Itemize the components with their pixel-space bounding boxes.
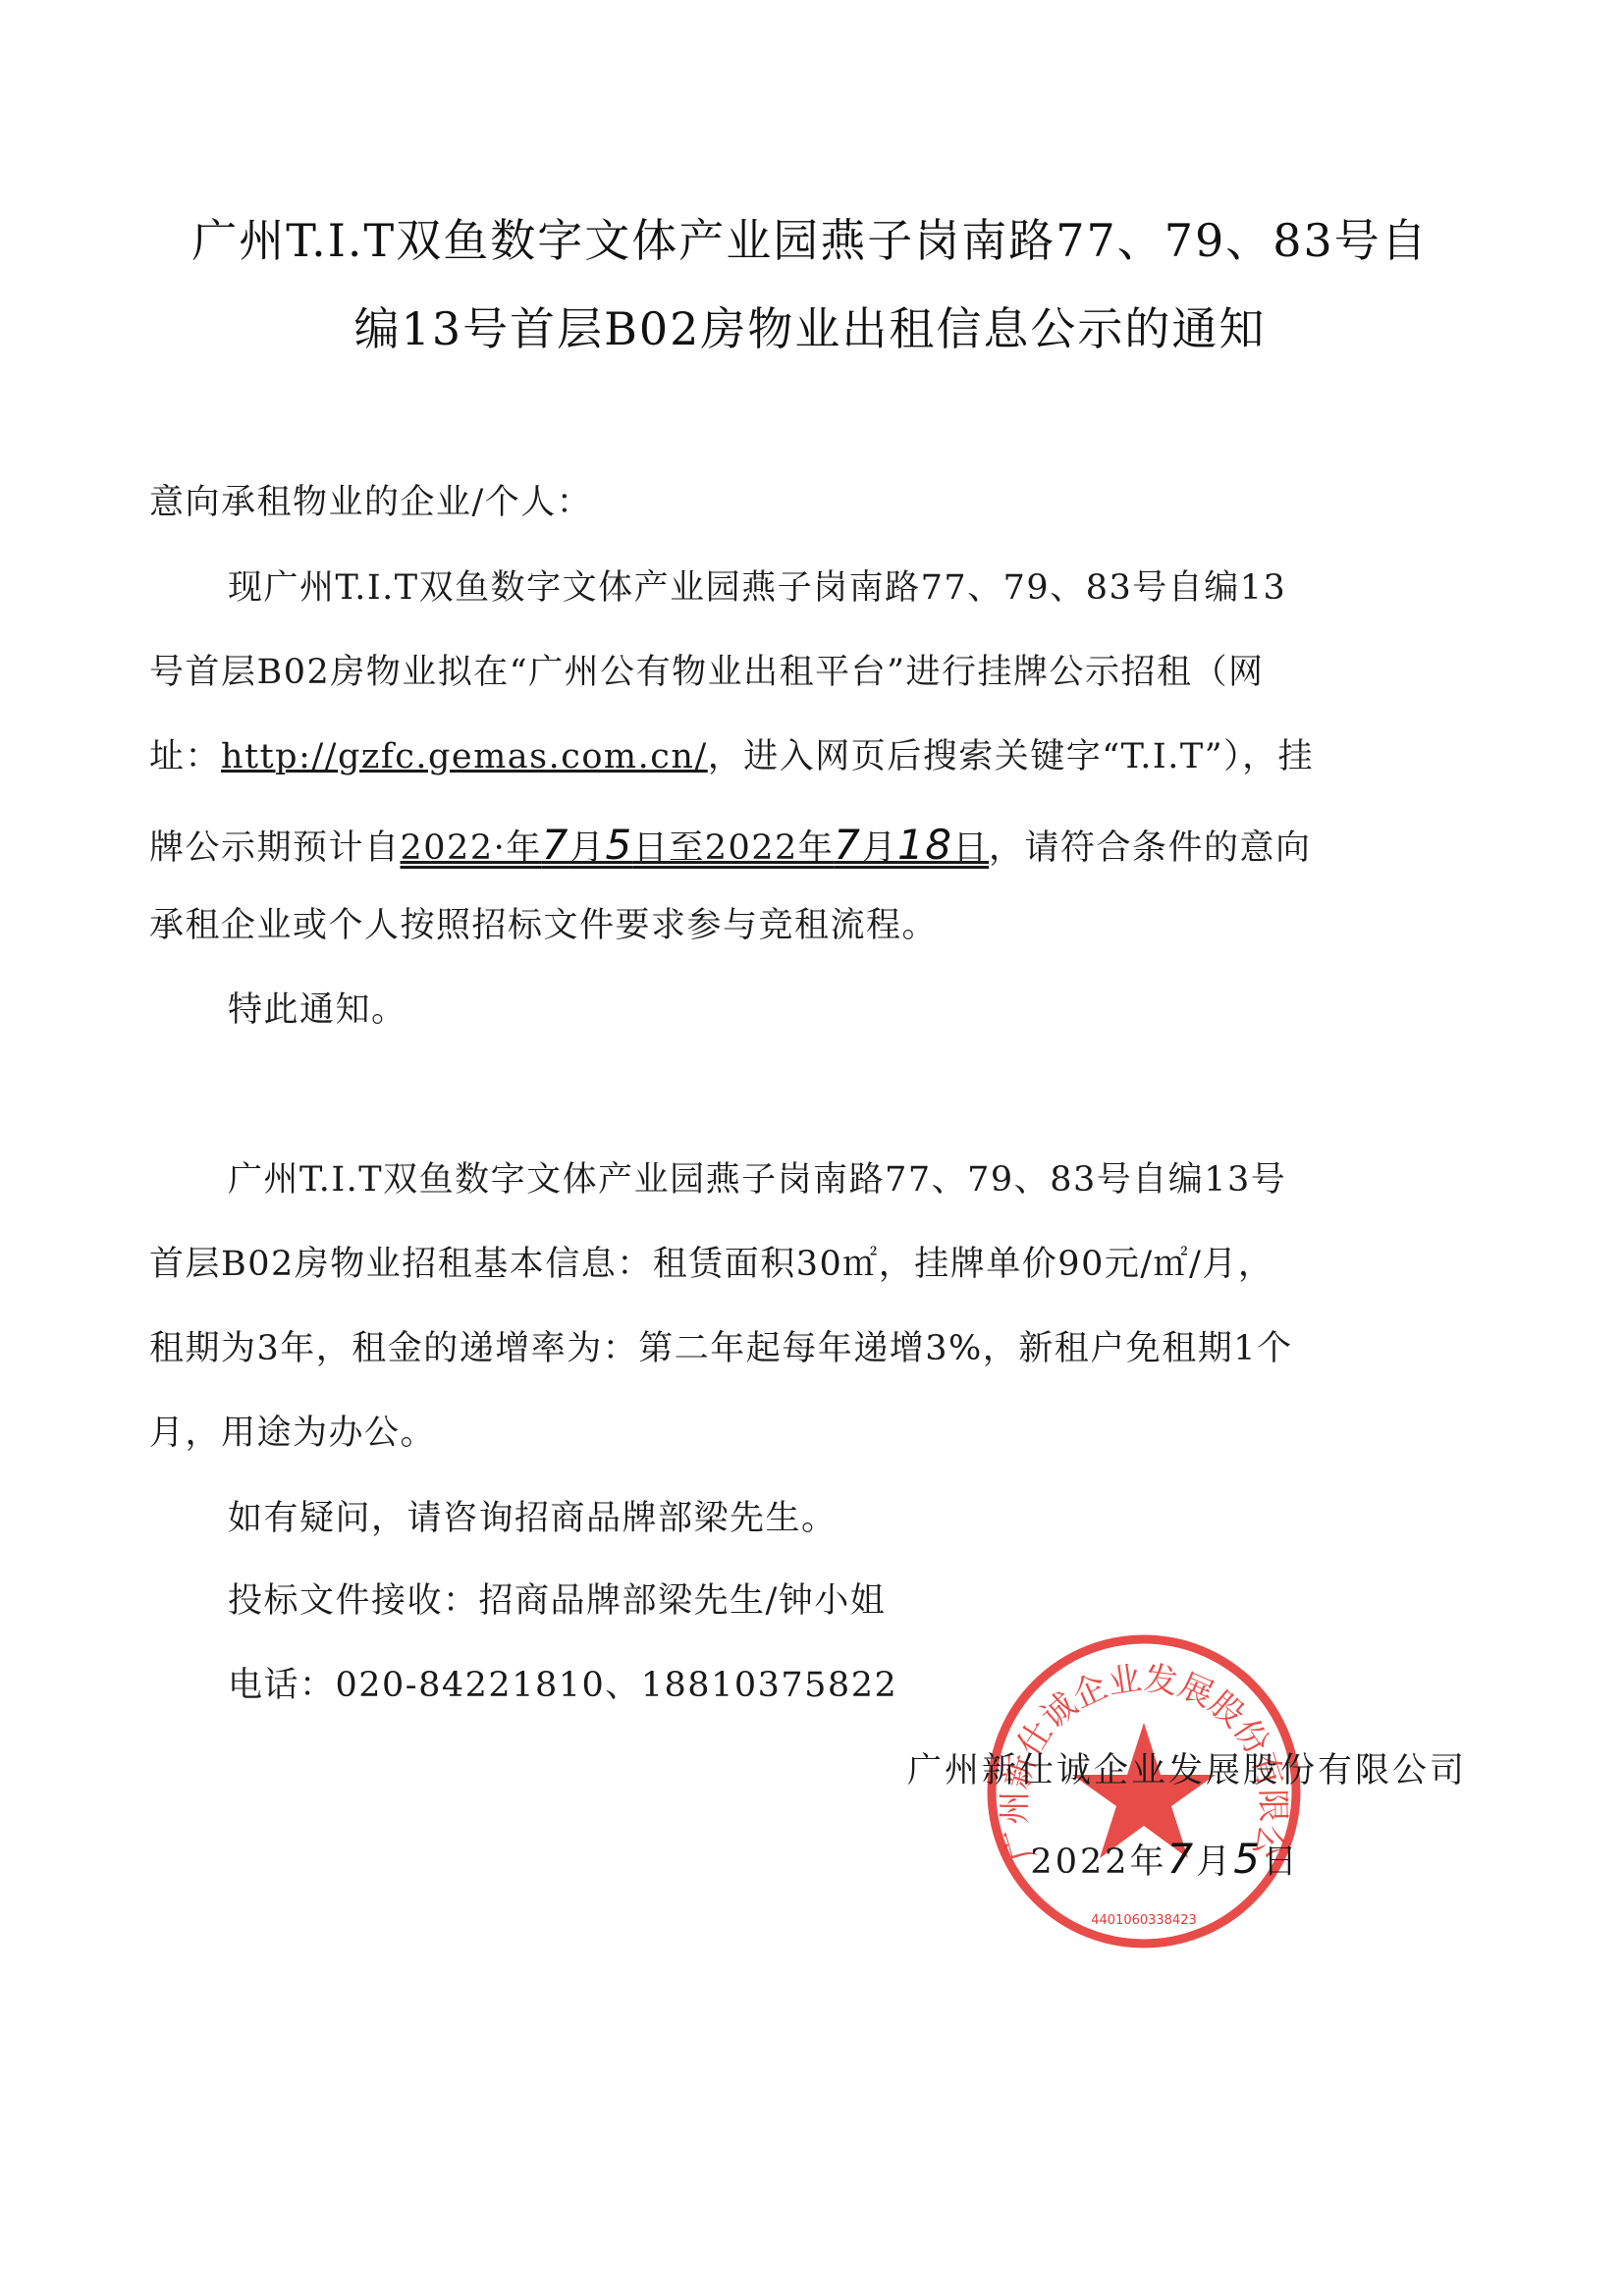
title-line-1: 广州T.I.T双鱼数字文体产业园燕子岗南路77、79、83号自 (147, 218, 1473, 263)
para1-line4: 牌公示期预计自2022·年7月5日至2022年7月18日，请符合条件的意向 (149, 825, 1312, 866)
title-line-2: 编13号首层B02房物业出租信息公示的通知 (147, 306, 1473, 351)
signature-company: 广州新仕诚企业发展股份有限公司 (907, 1754, 1467, 1789)
para1-line2: 号首层B02房物业拟在“广州公有物业出租平台”进行挂牌公示招租（网 (149, 656, 1265, 690)
salutation: 意向承租物业的企业/个人： (149, 486, 592, 520)
period-label: 牌公示期预计自 (149, 828, 401, 868)
sign-year: 2022年 (1030, 1842, 1166, 1882)
start-year: 2022·年 (401, 828, 542, 868)
url-label: 址： (149, 737, 221, 776)
url-suffix: ，进入网页后搜索关键字“T.I.T”），挂 (708, 737, 1314, 776)
period-suffix: ，请符合条件的意向 (989, 828, 1312, 868)
para2-line1: 广州T.I.T双鱼数字文体产业园燕子岗南路77、79、83号自编13号 (228, 1163, 1286, 1198)
day-char: 日 (952, 828, 989, 868)
month-char-2: 月 (862, 828, 898, 868)
to-text: 日至2022年 (633, 828, 835, 868)
end-month-handwritten: 7 (834, 821, 861, 869)
para2-line2: 首层B02房物业招租基本信息：租赁面积30㎡，挂牌单价90元/㎡/月， (149, 1248, 1273, 1282)
bid-receipt-line: 投标文件接收：招商品牌部梁先生/钟小姐 (228, 1584, 886, 1619)
notice-close: 特此通知。 (228, 993, 407, 1028)
start-month-handwritten: 7 (542, 821, 569, 869)
svg-text:4401060338423: 4401060338423 (1091, 1913, 1197, 1928)
sign-day-char: 日 (1263, 1842, 1300, 1882)
start-day-handwritten: 5 (605, 821, 632, 869)
inquiry-line: 如有疑问，请咨询招商品牌部梁先生。 (228, 1502, 838, 1536)
para1-line5: 承租企业或个人按照招标文件要求参与竞租流程。 (149, 909, 938, 943)
seal-star-icon: 广州新仕诚企业发展股份有限公司 4401060338423 (982, 1629, 1306, 1953)
listing-period: 2022·年7月5日至2022年7月18日 (401, 828, 989, 868)
signature-date: 2022年7月5日 (1030, 1839, 1300, 1880)
para1-line3: 址：http://gzfc.gemas.com.cn/，进入网页后搜索关键字“T… (149, 740, 1314, 774)
company-seal: 广州新仕诚企业发展股份有限公司 4401060338423 (982, 1629, 1306, 1953)
sign-month-handwritten: 7 (1167, 1835, 1197, 1883)
para1-line1: 现广州T.I.T双鱼数字文体产业园燕子岗南路77、79、83号自编13 (228, 571, 1286, 606)
sign-month-char: 月 (1196, 1842, 1233, 1882)
platform-url-link[interactable]: http://gzfc.gemas.com.cn/ (221, 737, 708, 776)
phone-line: 电话：020-84221810、18810375822 (228, 1669, 897, 1703)
para2-line3: 租期为3年，租金的递增率为：第二年起每年递增3%，新租户免租期1个 (149, 1332, 1293, 1366)
end-day-handwritten: 18 (897, 821, 952, 869)
sign-day-handwritten: 5 (1233, 1835, 1263, 1883)
para2-line4: 月，用途为办公。 (149, 1416, 436, 1451)
month-char: 月 (569, 828, 606, 868)
